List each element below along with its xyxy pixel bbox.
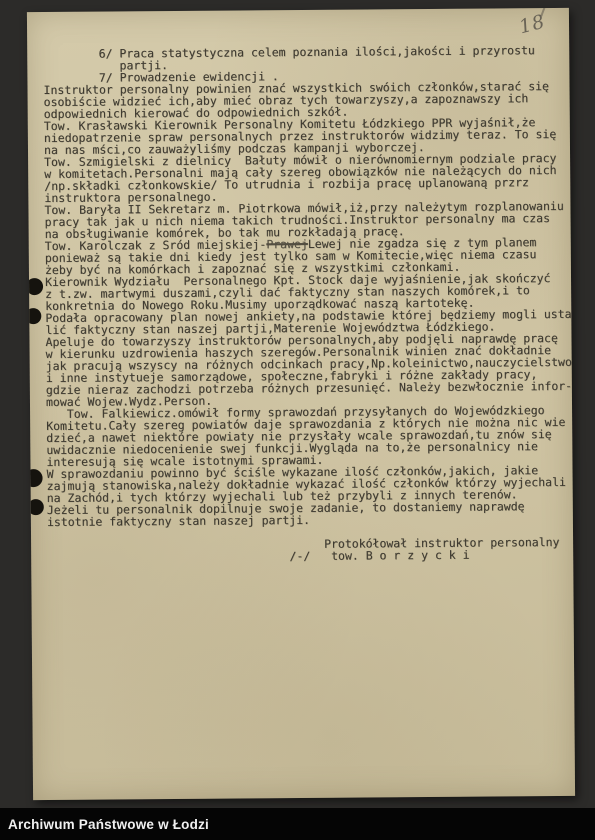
scan-backdrop: 18 6/ Praca statystyczna celem poznania … [0,0,595,840]
document-line: /-/ tow. B o r z y c k i [47,548,573,564]
hole-punch-mark [28,499,44,515]
overstruck-word: Prawej [266,237,308,251]
hole-punch-mark [27,308,41,324]
hole-punch-mark [27,469,43,487]
archive-watermark-bar: Archiwum Państwowe w Łodzi [0,808,595,840]
archive-name: Archiwum Państwowe w Łodzi [0,817,209,832]
page-number: 18 [517,10,548,38]
typewritten-text: 6/ Praca statystyczna celem poznania ilo… [43,44,573,564]
document-page: 18 6/ Praca statystyczna celem poznania … [27,8,575,800]
page-number-annotation: 18 [517,8,558,38]
hole-punch-mark [27,278,43,295]
